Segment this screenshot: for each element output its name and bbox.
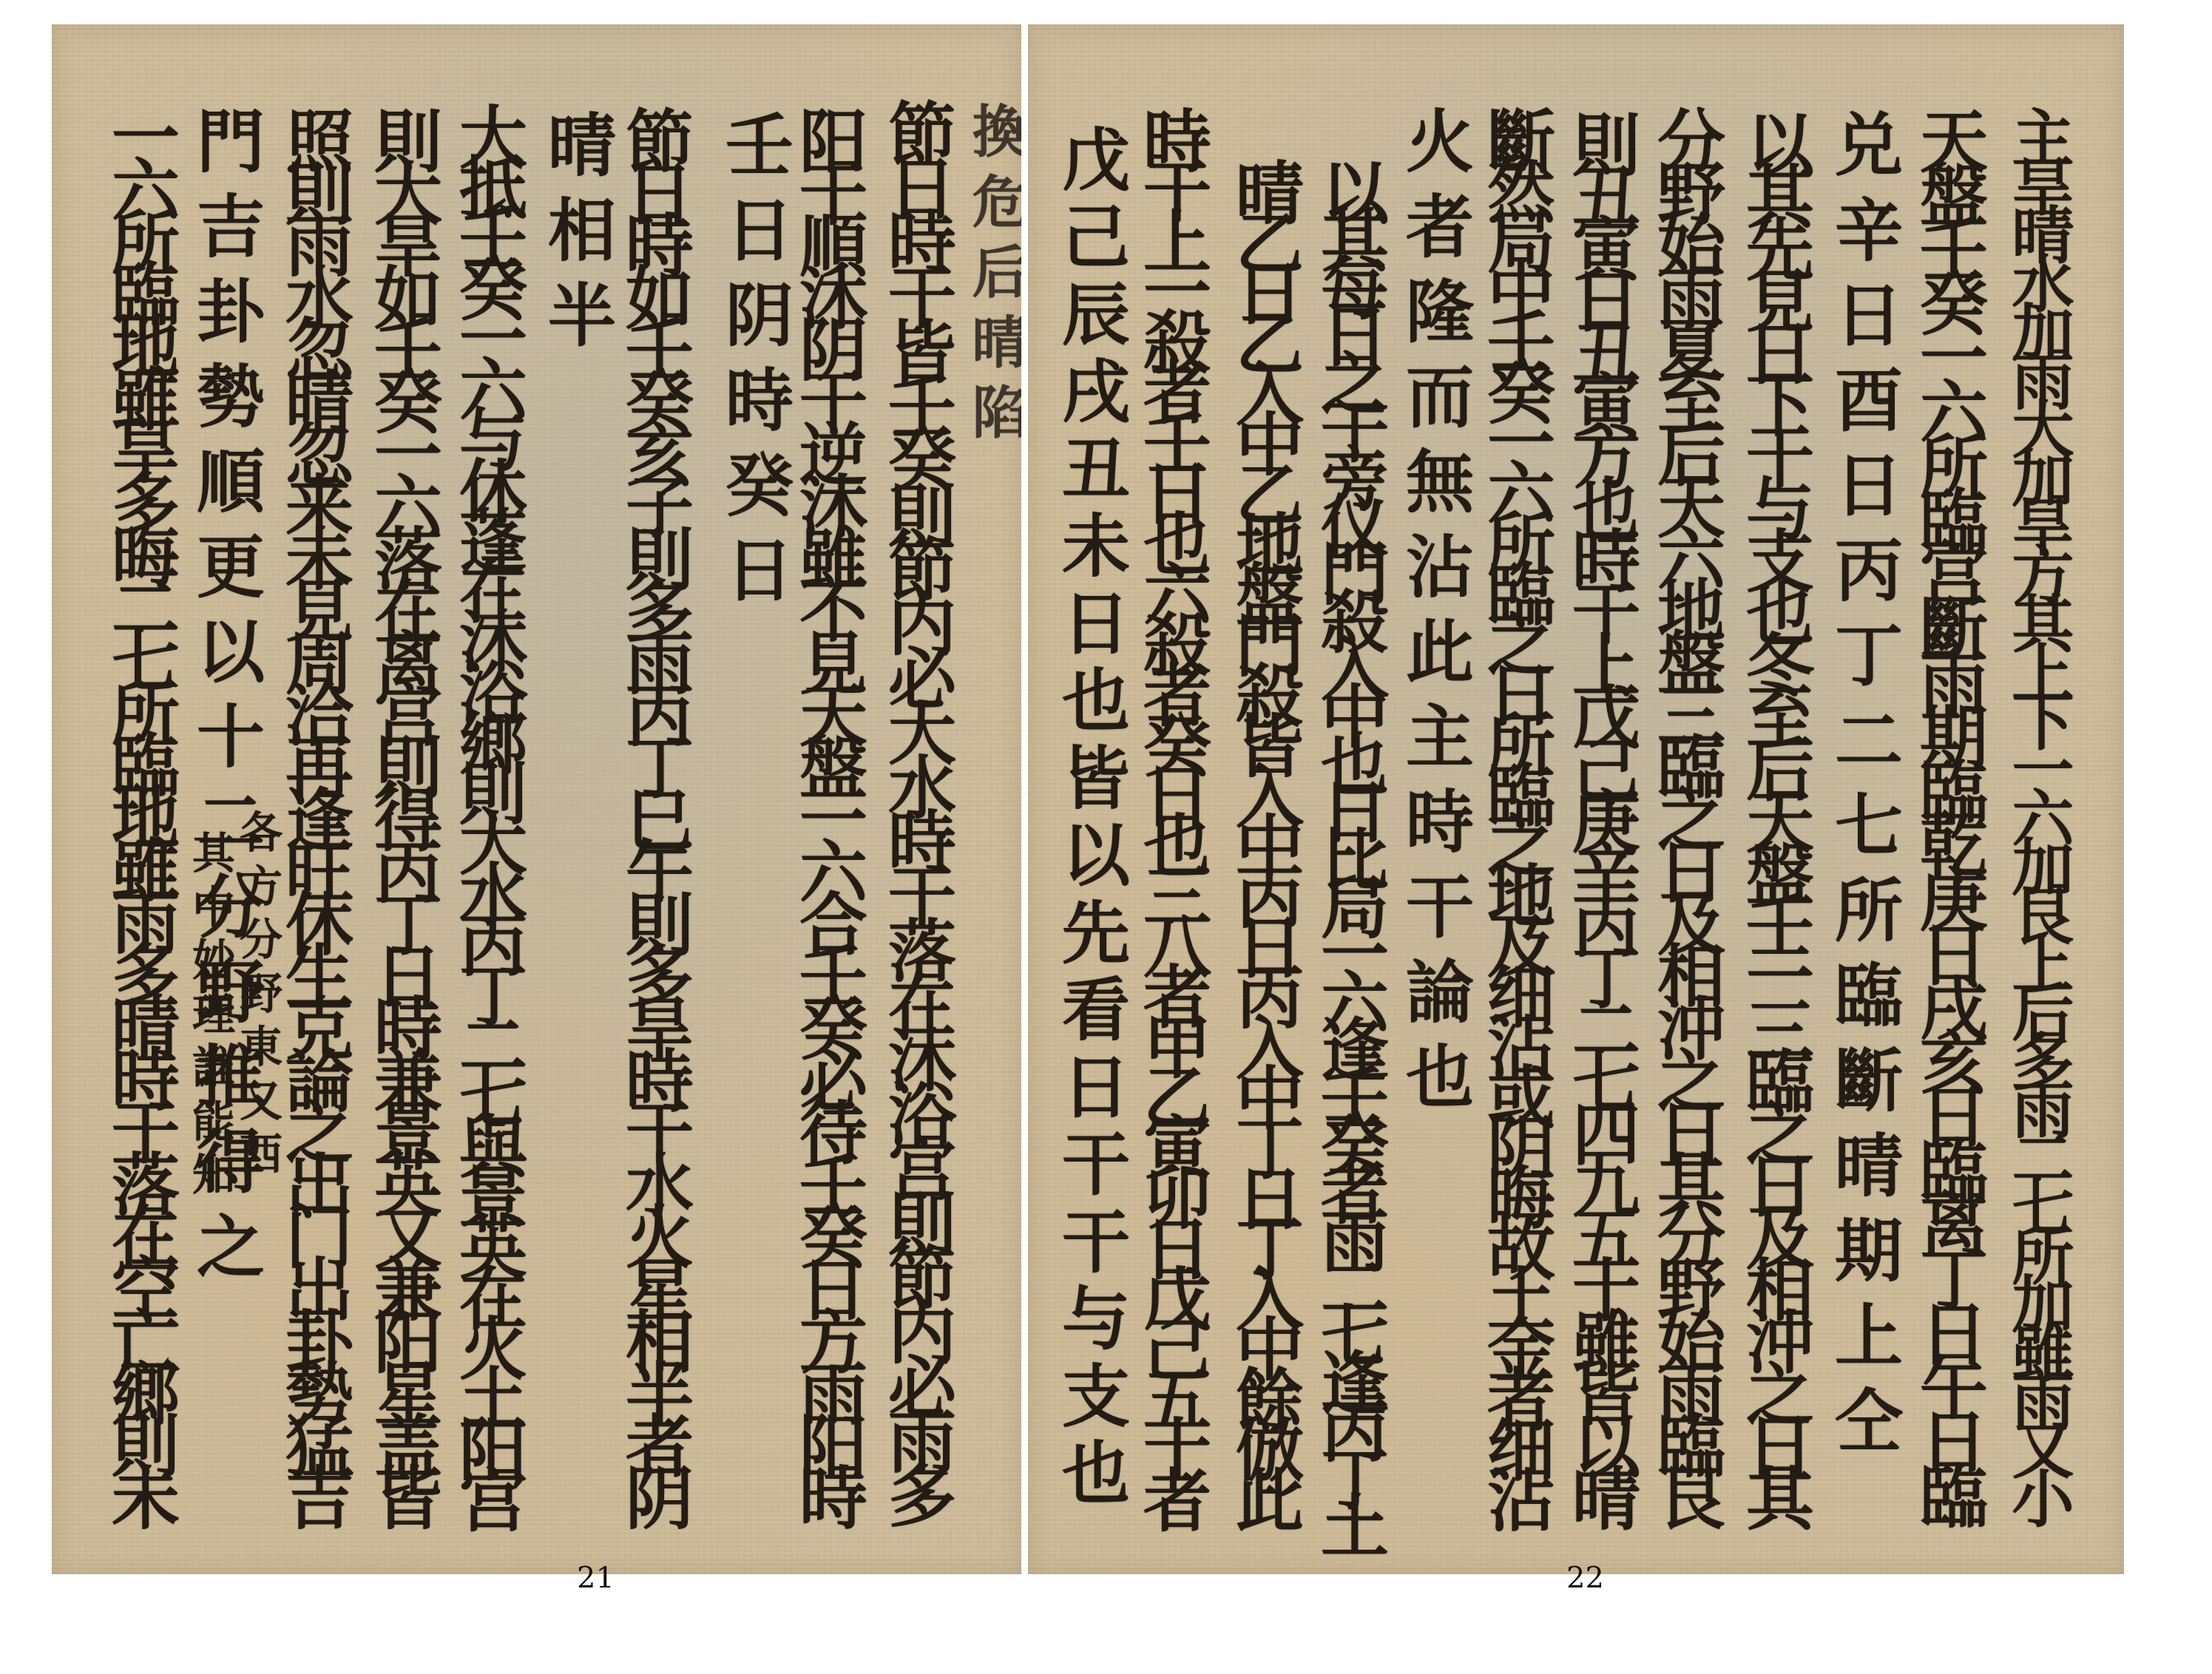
right-page: 主旱晴水加雨大加旱方其上下一六加艮上后多雨二七所加雖雨又小 天盤壬癸一六所臨宫斷… [1028, 24, 2124, 1574]
text-column: 壬日阴時癸日 [717, 109, 791, 620]
text-column: 節日時干皆壬癸則節内必大水時干落在沐浴宫則節内必雨多 [880, 98, 954, 1515]
text-column: 晴乙日乙入中乙地盤門殺皆入中丙日丙入中丁日丁入中餘倣此 [1228, 157, 1302, 1515]
annotation-column: 各方分野東又西 [234, 810, 280, 1185]
text-column: 阳干順沐阴干逆沐雖不見天盤一六合壬癸必待壬癸日方雨阳時 [791, 106, 865, 1515]
text-column: 節日時如壬癸亥子則多雨丙丁巳午則多旱時干水火星相半者阴 [618, 106, 691, 1515]
text-column: 兑辛日酉日丙丁二七所臨斷晴期上仝 [1827, 109, 1901, 1470]
text-column: 一六所臨地雖旱多晦二七所臨地雖雨多晴時干落在空亡鄉則未 [104, 102, 177, 1515]
page-number: 22 [1566, 1561, 1604, 1595]
text-column: 晴相半 [540, 109, 614, 365]
text-column: 換危后晴陷 [964, 102, 1026, 453]
text-column: 分野始雨夏至后天六地盤三臨之日及相沖之日其分野始雨臨艮 [1649, 106, 1723, 1515]
text-column: 以其先見日下干与支也冬至后天盤壬一三臨之日及相沖之日其 [1738, 109, 1812, 1515]
page-gutter [1021, 24, 1028, 1574]
text-column: 則大旱如壬癸一六落在离宫則得丙丁日時兼景英又兼阳星盖皆 [366, 106, 440, 1515]
text-column: 以其每日之干旁仪門殺入中也日比局一六逢壬癸者雨二七逢丙丁土 [1313, 157, 1387, 1539]
text-column: 大抵壬癸一六与休蓬在沐浴鄉則大水丙丁二七與景英在火土阳宫 [451, 102, 525, 1515]
text-column: 火者隆而無沾此主時干論也 [1398, 106, 1472, 1126]
text-column: 時干上一殺者壬日也六殺者癸日也三八者甲乙寅卯日戊己五十者 [1135, 106, 1209, 1515]
text-column: 則丑寅日丑寅方也時干上戊己庚辛丙丁二七四九五十雖皆以晴 [1564, 109, 1638, 1515]
text-column: 主旱晴水加雨大加旱方其上下一六加艮上后多雨二七所加雖雨又小 [2004, 106, 2072, 1515]
text-column: 戊己辰戌丑未日也皆以先看日干干与支也 [1054, 124, 1128, 1515]
annotation-column: 其中妙理誰能知 [187, 830, 233, 1206]
text-column: 斷然局中壬癸一六所臨之日所臨之地及细沾或阴晦故土金者细沾 [1479, 106, 1553, 1515]
text-column: 照則雨水忽晴忽来未見周洽再逢旺休生克論之出门出卦勢猛吉 [277, 106, 351, 1515]
left-page: 換危后晴陷 節日時干皆壬癸則節内必大水時干落在沐浴宫則節内必雨多 阳干順沐阴干逆… [52, 24, 1021, 1574]
text-column: 天盤壬癸一六所臨宫斷雨期臨乾庚日戌亥日臨离丁日午日臨 [1912, 106, 1986, 1515]
page-number: 21 [577, 1561, 615, 1595]
